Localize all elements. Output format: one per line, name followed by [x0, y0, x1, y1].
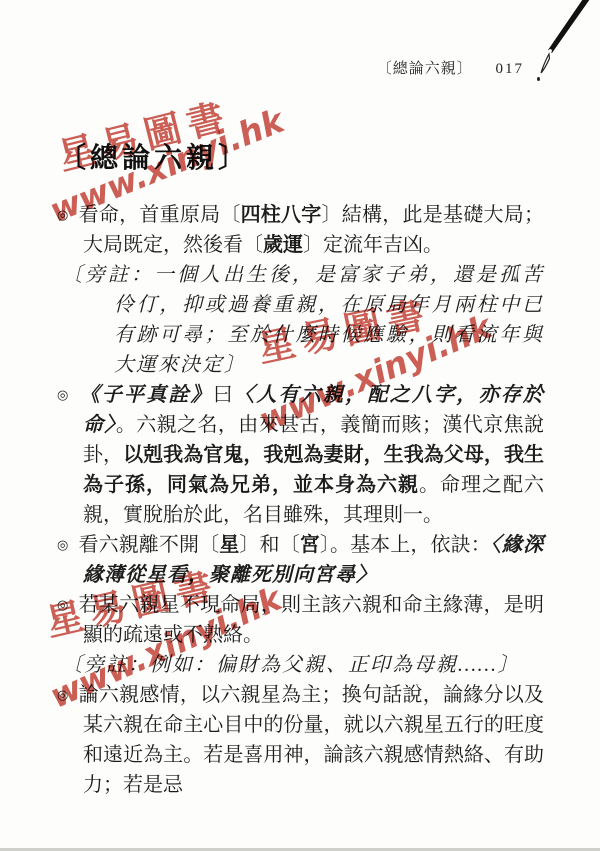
bullet-icon: ◎ [57, 387, 70, 402]
bullet-icon: ◎ [57, 537, 68, 552]
book-title-run: 《子平真詮》 [80, 384, 213, 406]
brush-ferrule [549, 49, 552, 52]
emphasis-run: 宮 [300, 534, 320, 556]
paragraph: ◎若某六親星不現命局，則主該六親和命主緣薄，是明顯的疏遠或不熟絡。 [57, 590, 544, 650]
text-run: 曰 [213, 384, 234, 406]
side-note: 〔旁註：一個人出生後，是富家子弟，還是孤苦伶仃，抑或過養重親，在原局年月兩柱中已… [62, 260, 544, 380]
text-run: 看命，首重原局〔 [79, 204, 241, 226]
page-title: 〔總論六親〕 [58, 136, 250, 176]
side-note: 〔旁註：例如：偏財為父親、正印為母親……〕 [62, 650, 544, 680]
brush-handle [548, 0, 590, 53]
page-content: ◎看命，首重原局〔四柱八字〕結構，此是基礎大局；大局既定，然後看〔歲運〕定流年吉… [57, 200, 544, 800]
text-run: 〕和〔 [239, 534, 299, 556]
text-run: 看六親離不開〔 [78, 534, 219, 556]
brush-tip-dot [537, 77, 540, 81]
paragraph: ◎看命，首重原局〔四柱八字〕結構，此是基礎大局；大局既定，然後看〔歲運〕定流年吉… [57, 200, 544, 260]
bullet-icon: ◎ [57, 207, 69, 222]
text-run: 〕定流年吉凶。 [303, 234, 443, 256]
bullet-icon: ◎ [57, 597, 69, 612]
text-run: 〕。基本上，依訣： [320, 534, 491, 556]
header-section-label: 〔總論六親〕 [377, 61, 473, 77]
paragraph: ◎論六親感情，以六親星為主；換句話說，論緣分以及某六親在命主心目中的份量，就以六… [57, 680, 544, 800]
emphasis-run: 四柱八字 [241, 204, 322, 226]
paragraph: ◎看六親離不開〔星〕和〔宮〕。基本上，依訣：〈緣深緣薄從星看，聚離死別向宮尋〉 [57, 530, 544, 590]
bullet-icon: ◎ [57, 687, 69, 702]
emphasis-run: 星 [219, 534, 239, 556]
paragraph: ◎《子平真詮》曰〈人有六親，配之八字，亦存於命〉。六親之名，由來甚古，義簡而賅；… [57, 380, 544, 530]
text-run: 論六親感情，以六親星為主；換句話說，論緣分以及某六親在命主心目中的份量，就以六親… [79, 684, 544, 796]
brush-tip [541, 54, 550, 73]
calligraphy-brush-icon [520, 0, 600, 92]
emphasis-run: 歲運 [263, 234, 303, 256]
page-header: 〔總論六親〕 017 [377, 57, 524, 78]
text-run: 若某六親星不現命局，則主該六親和命主緣薄，是明顯的疏遠或不熟絡。 [79, 594, 544, 646]
